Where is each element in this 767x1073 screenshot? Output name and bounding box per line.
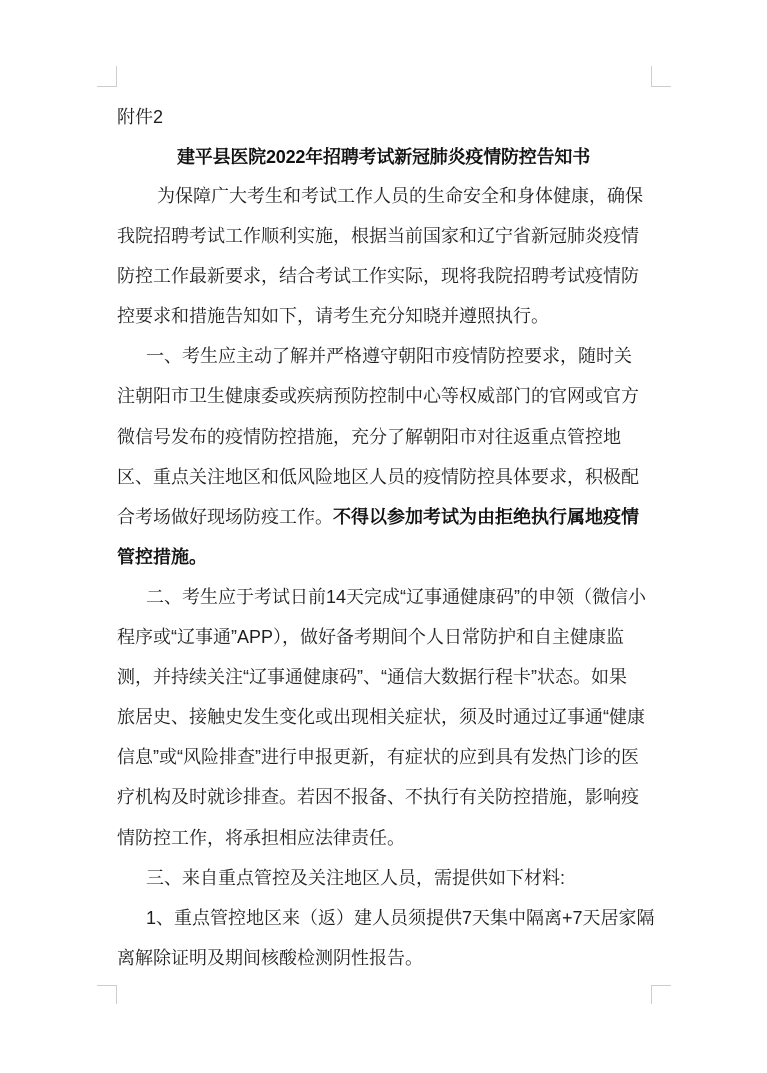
text-line-bold: 管控措施。 — [117, 537, 649, 577]
text-line-mixed: 合考场做好现场防疫工作。不得以参加考试为由拒绝执行属地疫情 — [117, 497, 649, 537]
paragraph-subitem-1: 1、重点管控地区来（返）建人员须提供7天集中隔离+7天居家隔 离解除证明及期间核… — [117, 898, 649, 978]
text-line: 旅居史、接触史发生变化或出现相关症状，须及时通过辽事通“健康 — [117, 697, 649, 737]
text-line: 区、重点关注地区和低风险地区人员的疫情防控具体要求，积极配 — [117, 457, 649, 497]
text-line: 为保障广大考生和考试工作人员的生命安全和身体健康，确保 — [117, 176, 649, 216]
text-line: 我院招聘考试工作顺利实施，根据当前国家和辽宁省新冠肺炎疫情 — [117, 216, 649, 256]
paragraph-item-3: 三、来自重点管控及关注地区人员，需提供如下材料: — [117, 858, 649, 898]
document-page: 附件2 建平县医院2022年招聘考试新冠肺炎疫情防控告知书 为保障广大考生和考试… — [0, 0, 767, 1073]
crop-mark-bottom-left — [97, 985, 117, 1004]
text-line: 一、考生应主动了解并严格遵守朝阳市疫情防控要求，随时关 — [117, 336, 649, 376]
text-line: 二、考生应于考试日前14天完成“辽事通健康码”的申领（微信小 — [117, 577, 649, 617]
document-title: 建平县医院2022年招聘考试新冠肺炎疫情防控告知书 — [0, 145, 767, 169]
document-body: 为保障广大考生和考试工作人员的生命安全和身体健康，确保 我院招聘考试工作顺利实施… — [117, 176, 649, 978]
text-line: 防控工作最新要求，结合考试工作实际，现将我院招聘考试疫情防 — [117, 256, 649, 296]
text-line: 微信号发布的疫情防控措施，充分了解朝阳市对往返重点管控地 — [117, 417, 649, 457]
text-line: 三、来自重点管控及关注地区人员，需提供如下材料: — [117, 858, 649, 898]
crop-mark-bottom-right — [651, 985, 671, 1004]
text-emphasis: 不得以参加考试为由拒绝执行属地疫情 — [333, 507, 639, 527]
text-line: 控要求和措施告知如下，请考生充分知晓并遵照执行。 — [117, 296, 649, 336]
text-line: 测，并持续关注“辽事通健康码”、“通信大数据行程卡”状态。如果 — [117, 657, 649, 697]
crop-mark-top-right — [651, 66, 671, 87]
text-line: 疗机构及时就诊排查。若因不报备、不执行有关防控措施，影响疫 — [117, 777, 649, 817]
paragraph-item-1: 一、考生应主动了解并严格遵守朝阳市疫情防控要求，随时关 注朝阳市卫生健康委或疾病… — [117, 336, 649, 577]
crop-mark-top-left — [97, 66, 117, 87]
text-regular: 合考场做好现场防疫工作。 — [117, 507, 333, 527]
attachment-label: 附件2 — [117, 105, 163, 129]
text-line: 情防控工作，将承担相应法律责任。 — [117, 818, 649, 858]
text-line: 1、重点管控地区来（返）建人员须提供7天集中隔离+7天居家隔 — [117, 898, 649, 938]
text-line: 程序或“辽事通”APP），做好备考期间个人日常防护和自主健康监 — [117, 617, 649, 657]
text-line: 信息”或“风险排查”进行申报更新，有症状的应到具有发热门诊的医 — [117, 737, 649, 777]
text-line: 注朝阳市卫生健康委或疾病预防控制中心等权威部门的官网或官方 — [117, 376, 649, 416]
text-line: 离解除证明及期间核酸检测阴性报告。 — [117, 938, 649, 978]
text-emphasis: 管控措施。 — [117, 547, 207, 567]
paragraph-item-2: 二、考生应于考试日前14天完成“辽事通健康码”的申领（微信小 程序或“辽事通”A… — [117, 577, 649, 858]
paragraph-intro: 为保障广大考生和考试工作人员的生命安全和身体健康，确保 我院招聘考试工作顺利实施… — [117, 176, 649, 336]
